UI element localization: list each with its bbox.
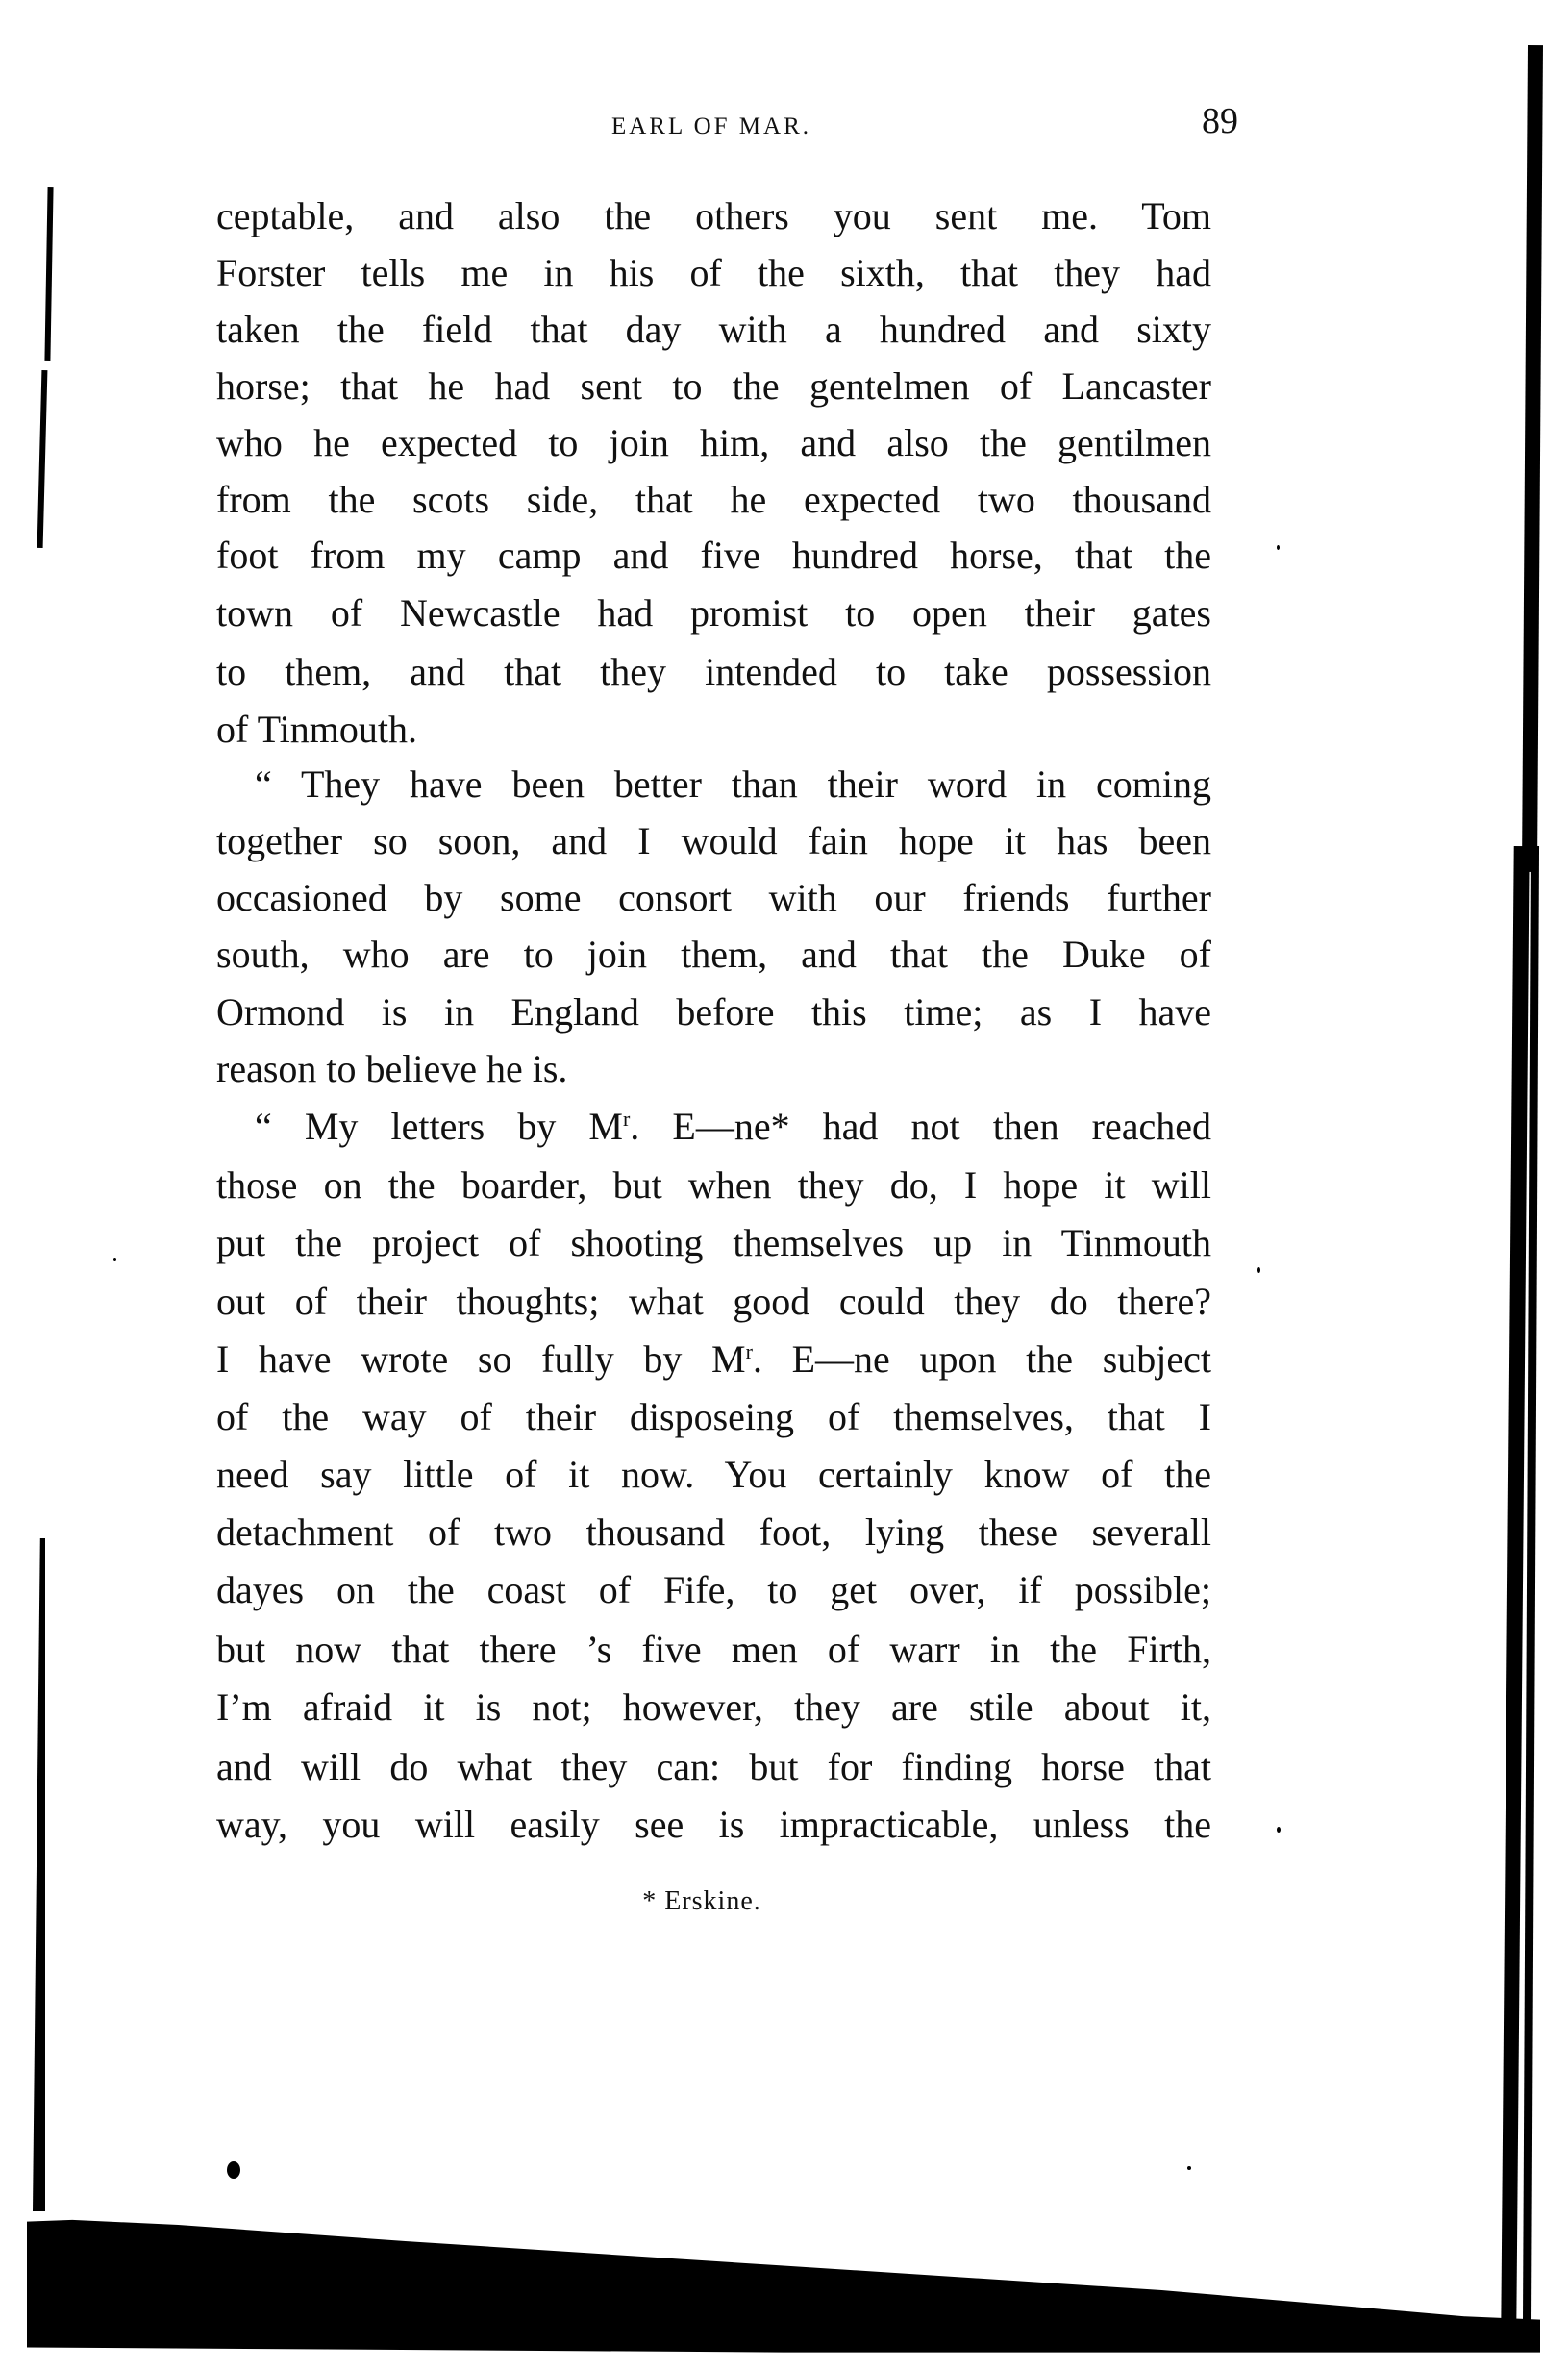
text-line-content: of Tinmouth. [216,708,417,751]
superscript: r [746,1339,753,1363]
text-line: “ My letters by Mr. E—ne* had not then r… [255,1098,1211,1156]
text-line: reason to believe he is. [216,1040,1211,1098]
text-line: dayes on the coast of Fife, to get over,… [216,1561,1211,1619]
ink-dot [227,2161,240,2179]
text-line-content: from the scots side, that he expected tw… [216,478,1211,521]
text-line-content: I have wrote so fully by M [216,1337,746,1381]
text-line-content: “ They have been better than their word … [255,762,1211,806]
text-line: of the way of their disposeing of themse… [216,1388,1211,1446]
text-line: but now that there ’s five men of warr i… [216,1621,1211,1679]
text-line: ceptable, and also the others you sent m… [216,187,1211,245]
text-line-content: those on the boarder, but when they do, … [216,1163,1211,1207]
text-line-content: town of Newcastle had promist to open th… [216,591,1211,635]
text-line-content: foot from my camp and five hundred horse… [216,534,1211,577]
text-line: “ They have been better than their word … [255,756,1211,813]
text-line-content: Ormond is in England before this time; a… [216,990,1211,1034]
text-line-content: south, who are to join them, and that th… [216,933,1211,976]
text-line-content: to them, and that they intended to take … [216,650,1211,693]
text-line: together so soon, and I would fain hope … [216,812,1211,870]
text-line-content: and will do what they can: but for findi… [216,1745,1211,1788]
left-margin-mark-upper [44,187,53,361]
text-line: Ormond is in England before this time; a… [216,984,1211,1041]
text-line-content: put the project of shooting themselves u… [216,1221,1211,1264]
text-line: from the scots side, that he expected tw… [216,471,1211,529]
text-line: detachment of two thousand foot, lying t… [216,1504,1211,1561]
text-line: occasioned by some consort with our frie… [216,869,1211,927]
text-line-content: Forster tells me in his of the sixth, th… [216,251,1211,294]
text-line-content: need say little of it now. You certainly… [216,1453,1211,1496]
text-line: south, who are to join them, and that th… [216,926,1211,984]
footnote: * Erskine. [586,1886,817,1917]
ink-speck [1257,1267,1260,1273]
text-line-content: who he expected to join him, and also th… [216,421,1211,464]
text-line-content: I’m afraid it is not; however, they are … [216,1685,1211,1729]
text-line-content: together so soon, and I would fain hope … [216,819,1211,862]
text-line-content: way, you will easily see is impracticabl… [216,1803,1211,1846]
text-line: who he expected to join him, and also th… [216,414,1211,472]
text-line-content: dayes on the coast of Fife, to get over,… [216,1568,1211,1611]
ink-speck [1277,545,1280,550]
text-line: horse; that he had sent to the gentelmen… [216,358,1211,415]
text-line-content: of the way of their disposeing of themse… [216,1395,1211,1438]
text-line: and will do what they can: but for findi… [216,1738,1211,1796]
text-line: those on the boarder, but when they do, … [216,1157,1211,1214]
text-line-content: occasioned by some consort with our frie… [216,876,1211,919]
ink-speck [113,1258,116,1261]
text-line: taken the field that day with a hundred … [216,301,1211,359]
text-line-content: horse; that he had sent to the gentelmen… [216,364,1211,408]
text-line-content: but now that there ’s five men of warr i… [216,1628,1211,1671]
page-number: 89 [1181,100,1238,142]
left-edge-bar [33,1538,45,2211]
text-line-continuation: . E—ne* had not then reached [630,1105,1211,1148]
text-line: to them, and that they intended to take … [216,643,1211,701]
text-line: way, you will easily see is impracticabl… [216,1796,1211,1854]
right-binding-bar-top [1522,45,1543,872]
text-line: foot from my camp and five hundred horse… [216,527,1211,585]
text-line: I’m afraid it is not; however, they are … [216,1679,1211,1736]
text-line: out of their thoughts; what good could t… [216,1273,1211,1331]
scanned-book-page: EARL OF MAR. 89 ceptable, and also the o… [0,0,1568,2370]
text-line: I have wrote so fully by Mr. E—ne upon t… [216,1331,1211,1388]
running-head: EARL OF MAR. [567,113,856,140]
text-line-content: ceptable, and also the others you sent m… [216,194,1211,237]
text-line-continuation: . E—ne upon the subject [753,1337,1211,1381]
text-line-content: taken the field that day with a hundred … [216,308,1211,351]
text-line: of Tinmouth. [216,701,1211,759]
text-line-content: reason to believe he is. [216,1047,567,1090]
left-margin-mark-lower [37,370,48,548]
text-line: put the project of shooting themselves u… [216,1214,1211,1272]
text-line: town of Newcastle had promist to open th… [216,585,1211,642]
bottom-shadow-wedge [27,2192,1540,2356]
text-line: need say little of it now. You certainly… [216,1446,1211,1504]
ink-speck [1277,1827,1281,1833]
text-line-content: detachment of two thousand foot, lying t… [216,1510,1211,1554]
text-line-content: “ My letters by M [255,1105,623,1148]
ink-speck [1187,2166,1191,2170]
text-line-content: out of their thoughts; what good could t… [216,1280,1211,1323]
text-line: Forster tells me in his of the sixth, th… [216,244,1211,302]
